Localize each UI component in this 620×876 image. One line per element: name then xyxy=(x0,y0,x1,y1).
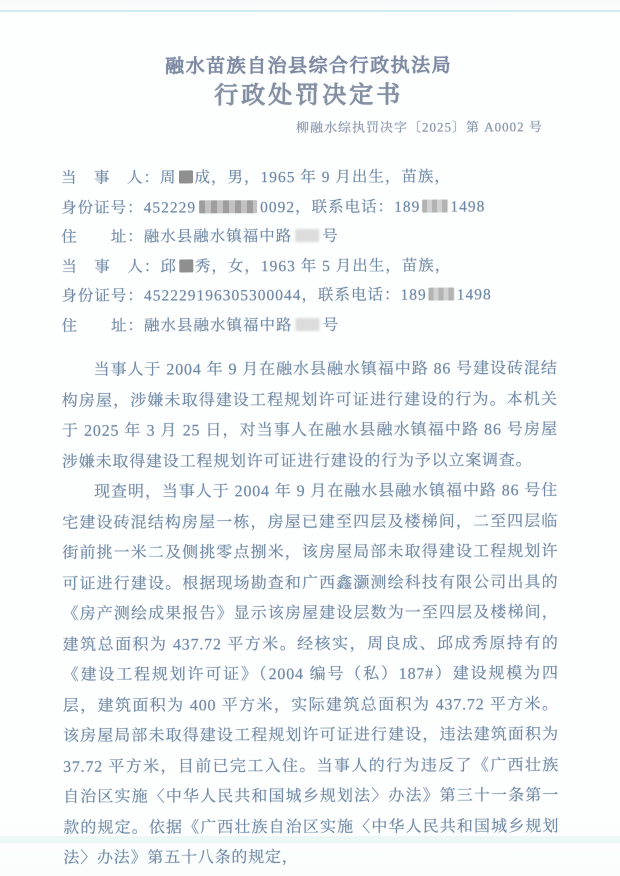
party2-name-line: 当 事 人：邱秀，女，1963 年 5 月出生，苗族， xyxy=(61,251,557,282)
party1-id-mid: 0092，联系电话：189 xyxy=(260,198,420,216)
redaction-block xyxy=(296,317,320,330)
party2-addr-post: 号 xyxy=(323,316,340,333)
party1-address-line: 住 址：融水县融水镇福中路号 xyxy=(61,221,557,252)
scanned-document-page: 融水苗族自治县综合行政执法局 行政处罚决定书 柳融水综执罚决字〔2025〕第 A… xyxy=(0,0,620,876)
paragraph-findings: 现查明，当事人于 2004 年 9 月在融水县融水镇福中路 86 号住宅建设砖混… xyxy=(62,476,559,874)
redaction-block xyxy=(179,170,193,183)
party1-name-label: 当 事 人： xyxy=(61,170,160,187)
party2-addr-label: 住 址： xyxy=(61,317,144,334)
redaction-block xyxy=(199,200,257,213)
paragraph-case-filing: 当事人于 2004 年 9 月在融水县融水镇福中路 86 号建设砖混结构房屋，涉… xyxy=(62,354,558,478)
document-title: 行政处罚决定书 xyxy=(61,78,557,113)
party1-name-pre: 周 xyxy=(160,169,177,186)
party1-name-line: 当 事 人：周成，男，1965 年 9 月出生，苗族， xyxy=(61,162,557,193)
party2-addr-pre: 融水县融水镇福中路 xyxy=(144,317,293,335)
issuing-agency: 融水苗族自治县综合行政执法局 xyxy=(61,54,557,80)
party2-name-label: 当 事 人： xyxy=(61,258,160,275)
party1-addr-post: 号 xyxy=(322,228,339,245)
redaction-block xyxy=(179,259,193,272)
party2-address-line: 住 址：融水县融水镇福中路号 xyxy=(61,310,557,341)
party2-name-post: 秀，女，1963 年 5 月出生，苗族， xyxy=(195,257,451,275)
party-info-block: 当 事 人：周成，男，1965 年 9 月出生，苗族， 身份证号：4522290… xyxy=(61,162,558,341)
redaction-block xyxy=(429,287,455,300)
party1-addr-pre: 融水县融水镇福中路 xyxy=(144,228,293,246)
party2-id-label: 身份证号： xyxy=(61,288,144,305)
party2-name-pre: 邱 xyxy=(160,258,177,275)
party2-id-line: 身份证号：452229196305300044，联系电话：1891498 xyxy=(61,280,557,311)
party1-id-pre: 452229 xyxy=(144,199,197,216)
party1-addr-label: 住 址： xyxy=(61,229,144,246)
document-content: 融水苗族自治县综合行政执法局 行政处罚决定书 柳融水综执罚决字〔2025〕第 A… xyxy=(61,54,560,874)
document-number: 柳融水综执罚决字〔2025〕第 A0002 号 xyxy=(61,118,557,138)
party1-id-label: 身份证号： xyxy=(61,199,144,216)
party2-id-pre: 452229196305300044，联系电话：189 xyxy=(144,287,427,305)
scan-artifact-top xyxy=(0,10,620,12)
party2-id-post: 1498 xyxy=(457,286,492,303)
scan-artifact-bottom xyxy=(0,836,620,843)
party1-id-post: 1498 xyxy=(450,198,485,215)
redaction-block xyxy=(295,229,319,242)
redaction-block xyxy=(422,199,448,212)
party1-name-post: 成，男，1965 年 9 月出生，苗族， xyxy=(195,169,451,187)
party1-id-line: 身份证号：4522290092，联系电话：1891498 xyxy=(61,192,557,223)
